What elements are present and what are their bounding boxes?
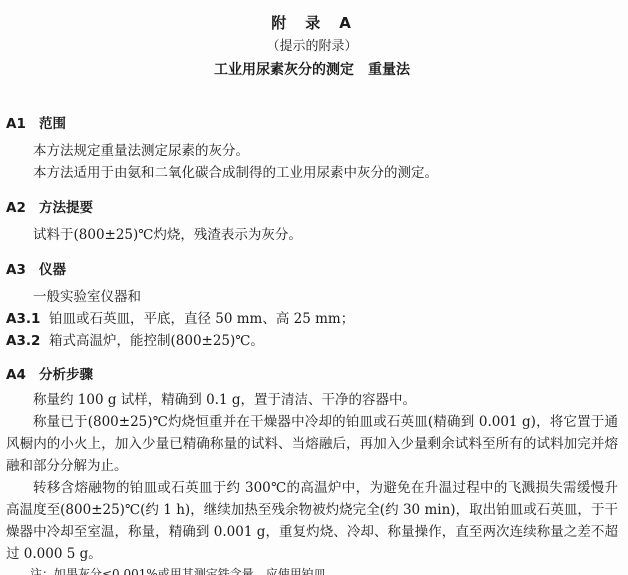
paragraph: 称量已于(800±25)℃灼烧恒重并在干燥器中冷却的铂皿或石英皿(精确到 0.0… <box>6 411 618 477</box>
document-page: 附 录 A （提示的附录） 工业用尿素灰分的测定 重量法 A1范围 本方法规定重… <box>0 0 628 575</box>
paragraph: 本方法适用于由氨和二氧化碳合成制得的工业用尿素中灰分的测定。 <box>6 162 618 184</box>
section-title: 范围 <box>39 116 66 132</box>
section-heading: A3仪器 <box>6 259 618 281</box>
section-a2-method-summary: A2方法提要 试料于(800±25)℃灼烧，残渣表示为灰分。 <box>6 197 618 246</box>
footnote: 注：如果灰分≤0.001%或用其测定铁含量，应使用铂皿。 <box>6 566 618 575</box>
paragraph: 转移含熔融物的铂皿或石英皿于约 300℃的高温炉中，为避免在升温过程中的飞溅损失… <box>6 477 618 565</box>
document-header: 附 录 A （提示的附录） 工业用尿素灰分的测定 重量法 <box>6 12 618 80</box>
appendix-subtitle: （提示的附录） <box>6 37 618 57</box>
section-a1-scope: A1范围 本方法规定重量法测定尿素的灰分。 本方法适用于由氨和二氧化碳合成制得的… <box>6 113 618 184</box>
section-number: A4 <box>6 364 39 386</box>
appendix-title: 附 录 A <box>6 12 618 34</box>
section-heading: A2方法提要 <box>6 197 618 219</box>
section-title: 分析步骤 <box>39 367 93 383</box>
section-a3-apparatus: A3仪器 一般实验室仪器和 A3.1铂皿或石英皿，平底，直径 50 mm、高 2… <box>6 259 618 352</box>
section-number: A3 <box>6 259 39 281</box>
item-number: A3.2 <box>6 330 49 352</box>
section-heading: A4分析步骤 <box>6 364 618 386</box>
item-text: 箱式高温炉，能控制(800±25)℃。 <box>49 333 264 349</box>
section-number: A1 <box>6 113 39 135</box>
section-title: 仪器 <box>39 262 66 278</box>
paragraph: 称量约 100 g 试样，精确到 0.1 g，置于清洁、干净的容器中。 <box>6 389 618 411</box>
paragraph: 本方法规定重量法测定尿素的灰分。 <box>6 140 618 162</box>
section-a4-procedure: A4分析步骤 称量约 100 g 试样，精确到 0.1 g，置于清洁、干净的容器… <box>6 364 618 575</box>
paragraph: 一般实验室仪器和 <box>6 286 618 308</box>
item-number: A3.1 <box>6 308 49 330</box>
item-text: 铂皿或石英皿，平底，直径 50 mm、高 25 mm； <box>49 311 354 327</box>
paragraph: 试料于(800±25)℃灼烧，残渣表示为灰分。 <box>6 224 618 246</box>
apparatus-item: A3.1铂皿或石英皿，平底，直径 50 mm、高 25 mm； <box>6 308 618 330</box>
document-title: 工业用尿素灰分的测定 重量法 <box>6 60 618 80</box>
section-title: 方法提要 <box>39 200 93 216</box>
section-heading: A1范围 <box>6 113 618 135</box>
section-number: A2 <box>6 197 39 219</box>
apparatus-item: A3.2箱式高温炉，能控制(800±25)℃。 <box>6 330 618 352</box>
